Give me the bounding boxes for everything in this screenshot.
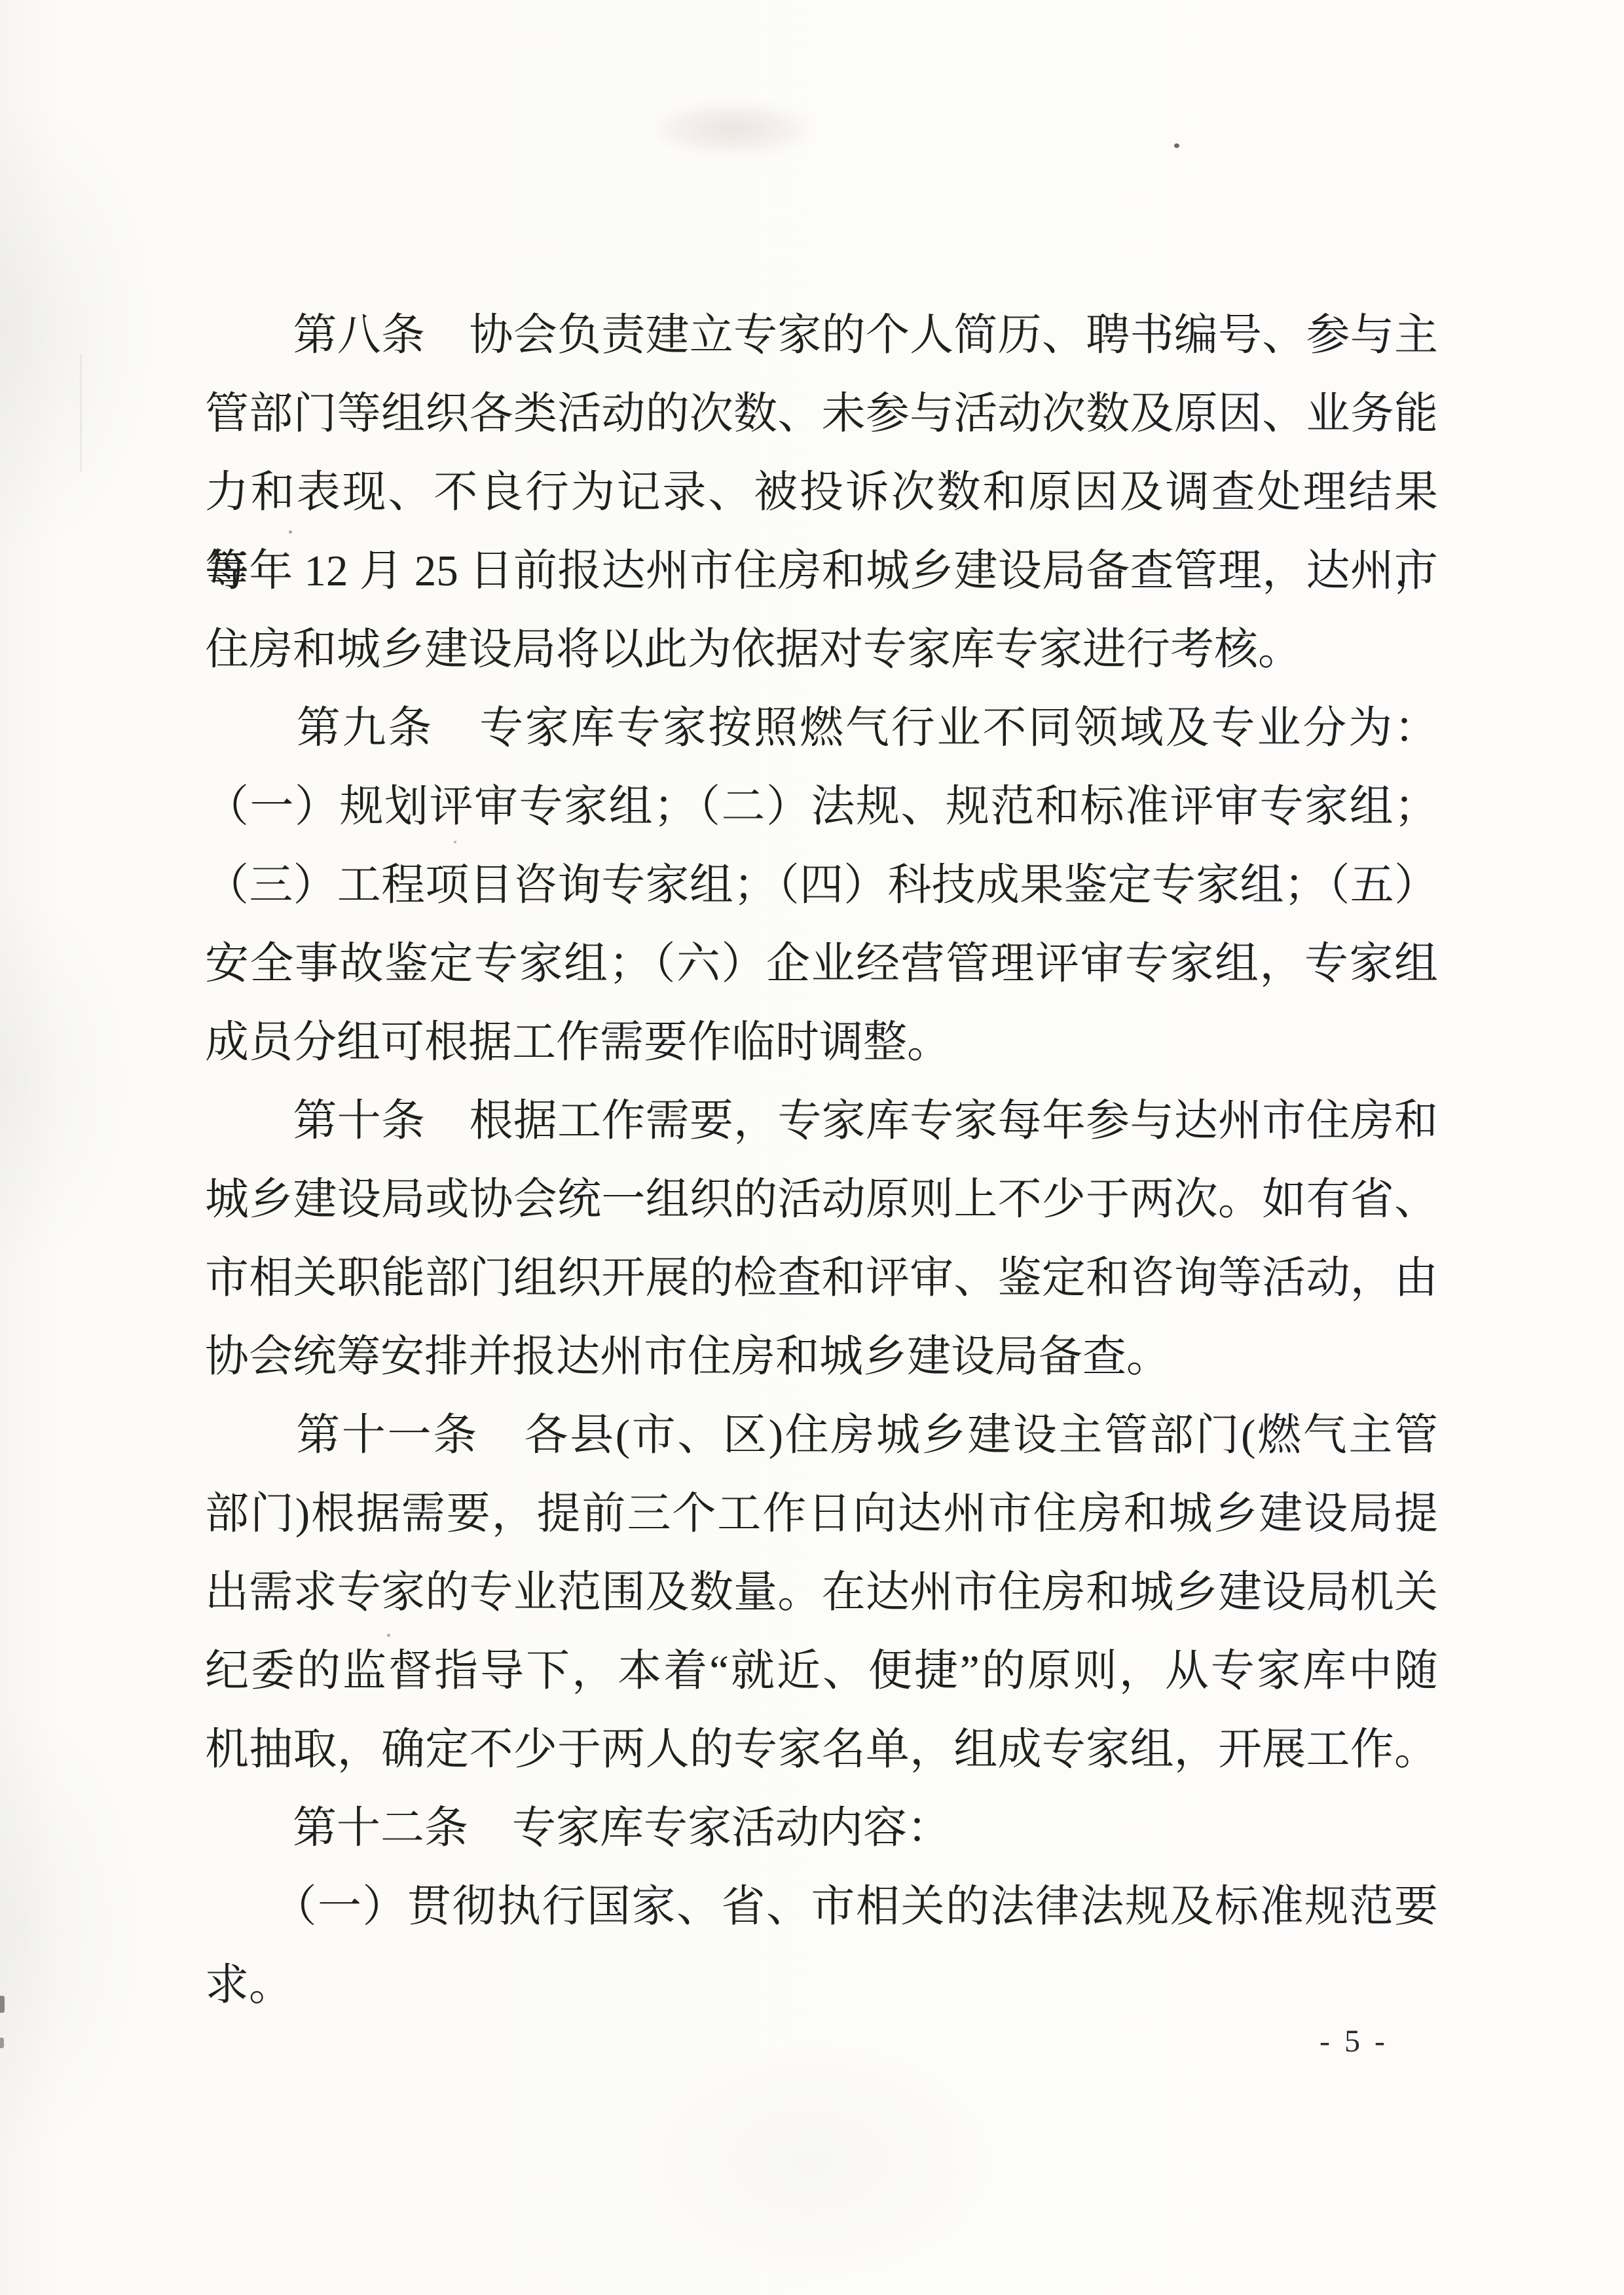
text-line: 城乡建设局或协会统一组织的活动原则上不少于两次。如有省、 (205, 1160, 1438, 1239)
text-line: 部门)根据需要，提前三个工作日向达州市住房和城乡建设局提 (205, 1475, 1438, 1553)
scan-edge-mark (0, 1996, 5, 2013)
text-line: 第九条 专家库专家按照燃气行业不同领域及专业分为： (205, 689, 1438, 767)
text-line: 住房和城乡建设局将以此为依据对专家库专家进行考核。 (205, 610, 1438, 689)
text-line: 求。 (205, 1946, 1438, 2025)
text-line: 机抽取，确定不少于两人的专家名单，组成专家组，开展工作。 (205, 1710, 1438, 1789)
text-line: （三）工程项目咨询专家组；（四）科技成果鉴定专家组；（五） (205, 846, 1438, 925)
page-number: - 5 - (1300, 2025, 1405, 2059)
text-line: （一）贯彻执行国家、省、市相关的法律法规及标准规范要 (205, 1867, 1438, 1946)
text-line: 出需求专家的专业范围及数量。在达州市住房和城乡建设局机关 (205, 1553, 1438, 1632)
text-line: 安全事故鉴定专家组；（六）企业经营管理评审专家组，专家组 (205, 925, 1438, 1003)
text-line: 第十条 根据工作需要，专家库专家每年参与达州市住房和 (205, 1082, 1438, 1160)
scan-edge-mark (0, 2038, 4, 2048)
scan-smudge (655, 103, 809, 155)
text-line: 力和表现、不良行为记录、被投诉次数和原因及调查处理结果等， (205, 453, 1438, 532)
scan-speck (1174, 143, 1179, 148)
text-line: 第十一条 各县(市、区)住房城乡建设主管部门(燃气主管 (205, 1396, 1438, 1475)
text-line: 协会统筹安排并报达州市住房和城乡建设局备查。 (205, 1317, 1438, 1396)
text-line: 第十二条 专家库专家活动内容： (205, 1789, 1438, 1867)
text-line: 市相关职能部门组织开展的检查和评审、鉴定和咨询等活动，由 (205, 1239, 1438, 1317)
scan-streak (80, 354, 82, 471)
text-line: 每年 12 月 25 日前报达州市住房和城乡建设局备查管理，达州市 (205, 532, 1438, 610)
text-block: 第八条 协会负责建立专家的个人简历、聘书编号、参与主管部门等组织各类活动的次数、… (205, 296, 1438, 2025)
text-line: 纪委的监督指导下，本着“就近、便捷”的原则，从专家库中随 (205, 1632, 1438, 1710)
text-line: 成员分组可根据工作需要作临时调整。 (205, 1003, 1438, 1082)
text-line: 第八条 协会负责建立专家的个人简历、聘书编号、参与主 (205, 296, 1438, 375)
text-line: 管部门等组织各类活动的次数、未参与活动次数及原因、业务能 (205, 375, 1438, 453)
scanned-document-page: 第八条 协会负责建立专家的个人简历、聘书编号、参与主管部门等组织各类活动的次数、… (0, 0, 1624, 2295)
text-line: （一）规划评审专家组；（二）法规、规范和标准评审专家组； (205, 767, 1438, 846)
